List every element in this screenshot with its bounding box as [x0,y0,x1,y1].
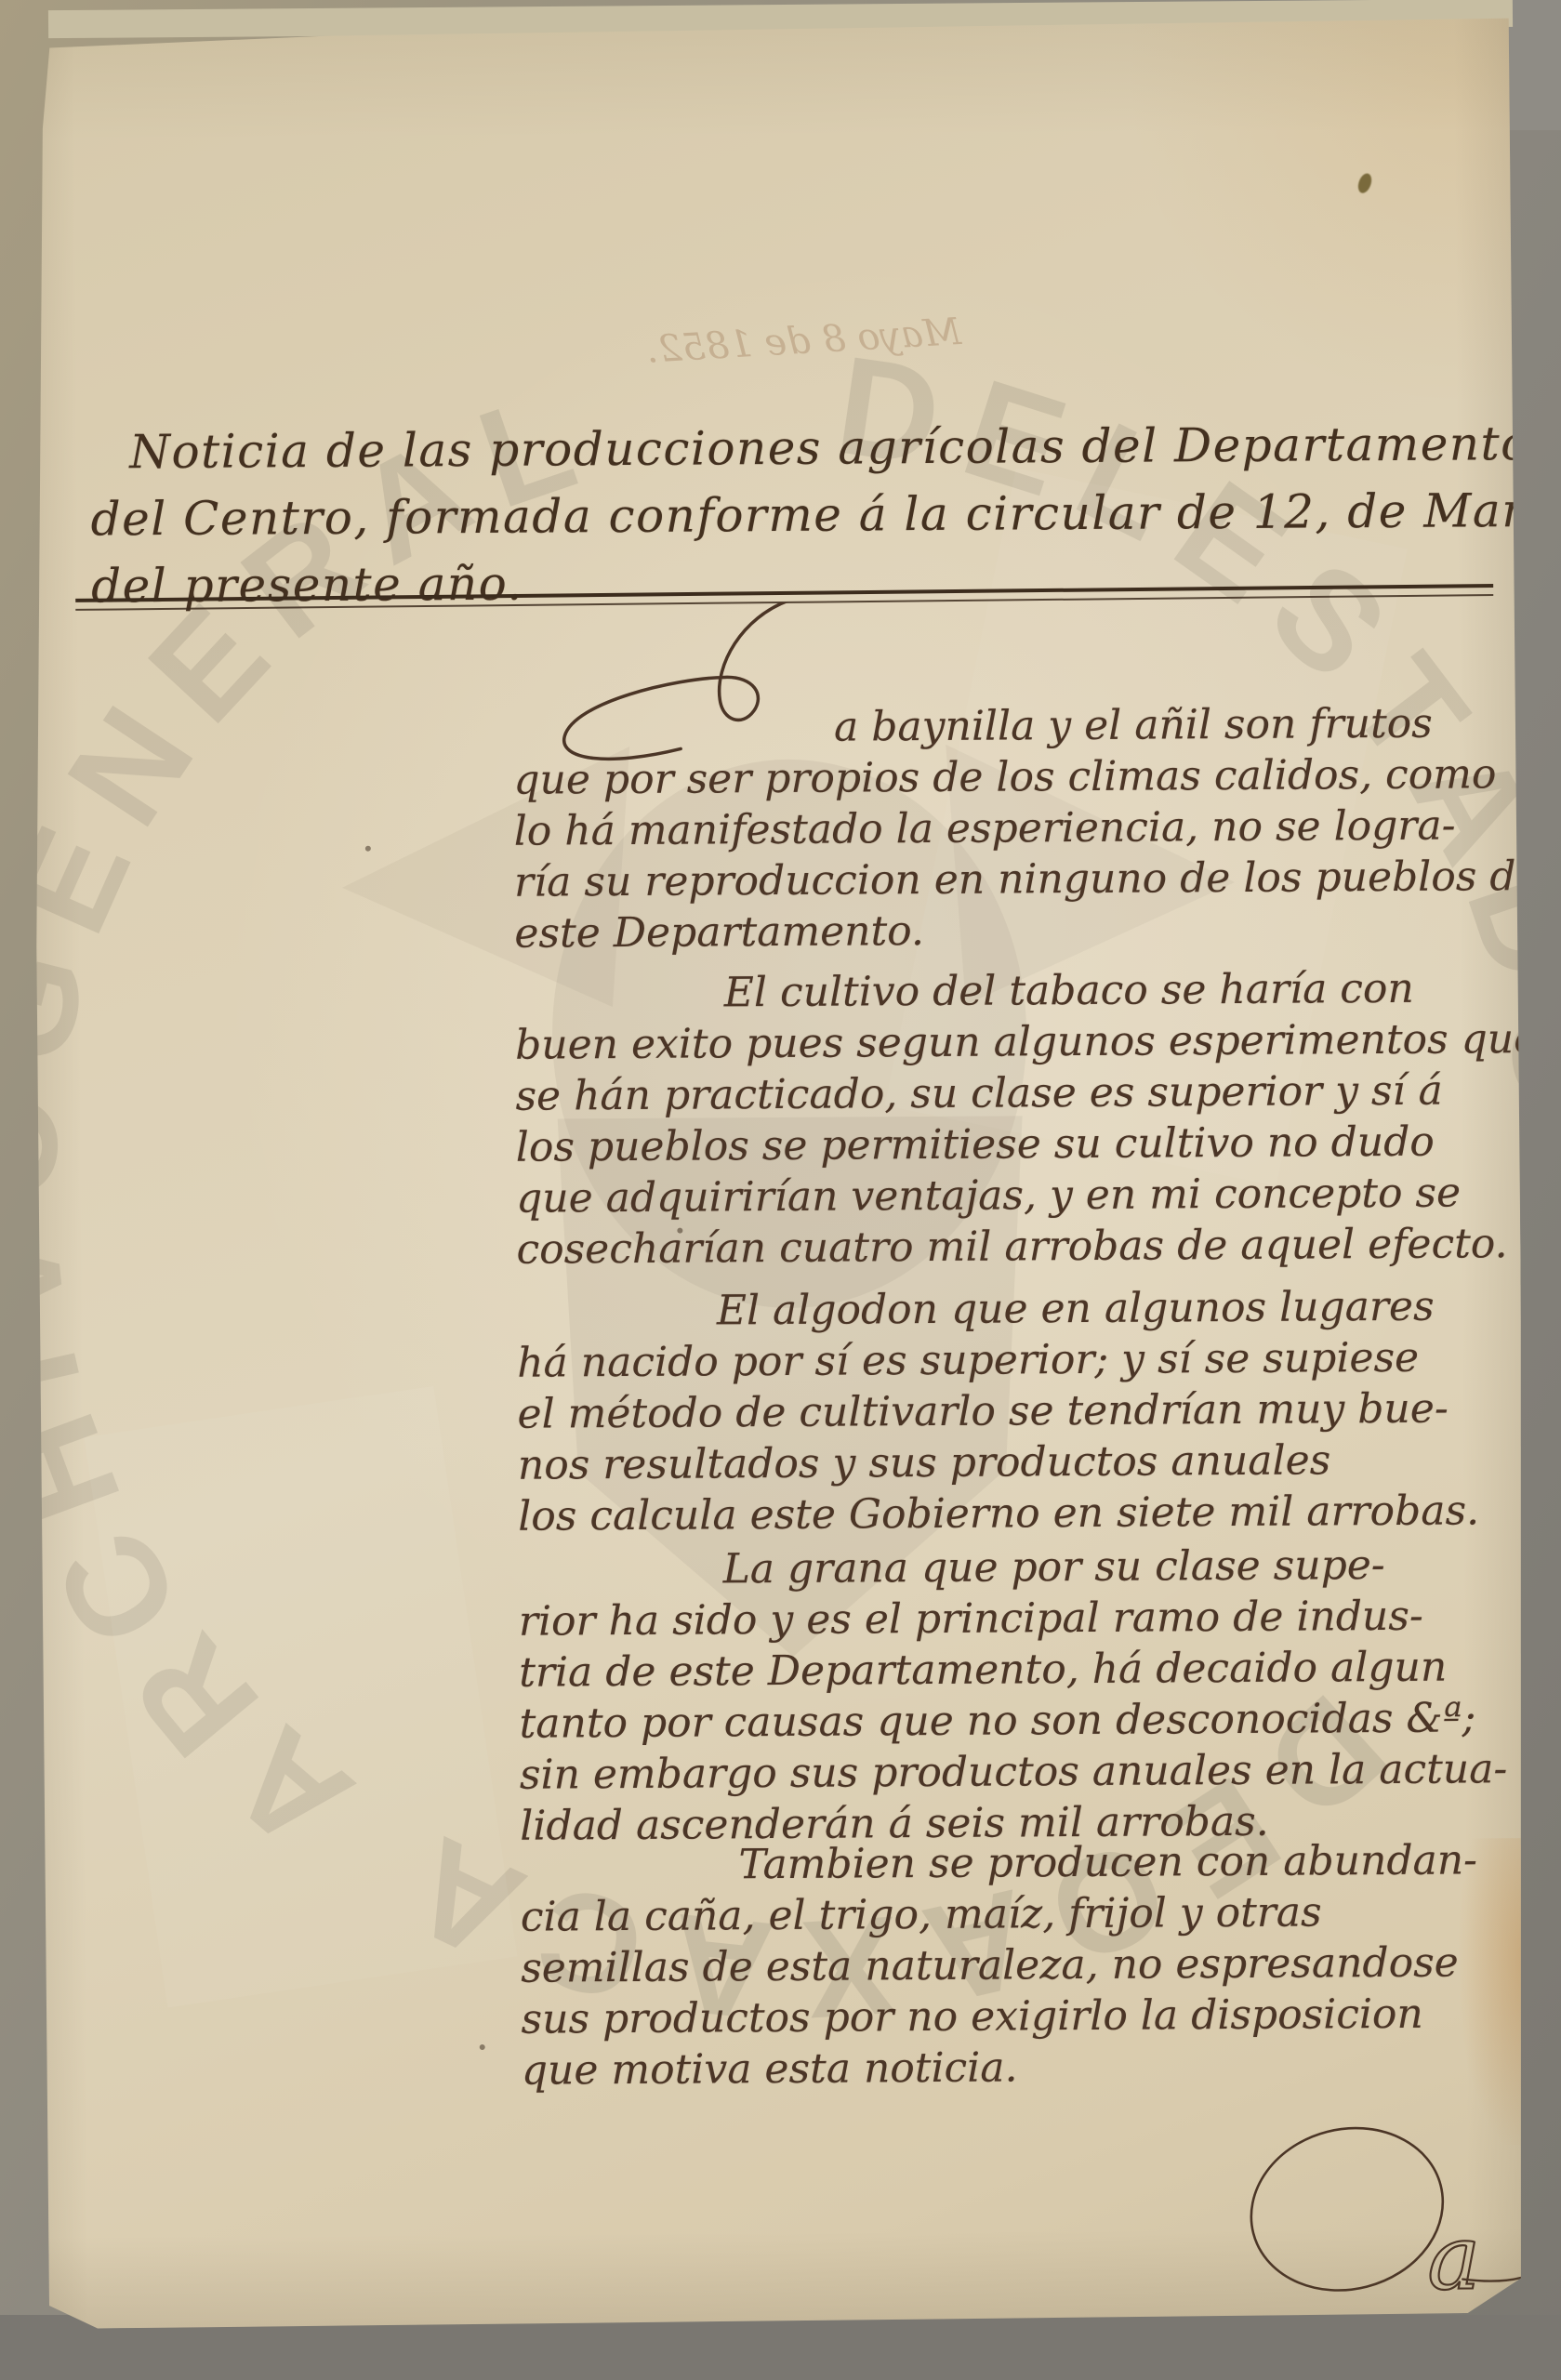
body-line: cia la caña, el trigo, maíz, frijol y ot… [521,1887,1478,1944]
paragraph-tobacco: El cultivo del tabaco se haría con buen … [515,964,1540,1277]
body-line: Tambien se producen con abundan- [520,1836,1477,1893]
manuscript-page: ARCHIVOGENERAL DELESTADO DEOAXACA Mayo 8… [30,16,1527,2329]
paragraph-cotton: El algodon que en algunos lugares há nac… [517,1282,1479,1543]
svg-text:a: a [1427,2205,1481,2309]
body-line: rior ha sido y es el principal ramo de i… [519,1592,1507,1648]
body-line: que adquirirían ventajas, y en mi concep… [516,1169,1539,1226]
photo-of-manuscript: ARCHIVOGENERAL DELESTADO DEOAXACA Mayo 8… [0,0,1561,2380]
paragraph-other-crops: Tambien se producen con abundan- cia la … [520,1836,1478,2097]
body-line: sus productos por no exigirlo la disposi… [521,1990,1478,2046]
body-line: nos resultados y sus productos anuales [518,1435,1479,1492]
body-line: lo há manifestado la esperiencia, no se … [514,801,1541,859]
body-line: tria de este Departamento, há decaido al… [519,1643,1507,1699]
body-line: cosecharían cuatro mil arrobas de aquel … [516,1220,1539,1277]
body-line: ría su reproduccion en ninguno de los pu… [514,853,1541,910]
title-line-1: Noticia de las producciones agrícolas de… [90,414,1561,490]
body-line: sin embargo sus productos anuales en la … [520,1745,1508,1802]
title-line-2: del Centro, formada conforme á la circul… [90,481,1561,557]
body-line: La grana que por su clase supe- [518,1540,1506,1597]
body-line: el método de cultivarlo se tendrían muy … [517,1384,1478,1441]
body-line: los calcula este Gobierno en siete mil a… [518,1487,1479,1543]
body-line: que por ser propios de los climas calido… [513,750,1540,808]
body-line: a baynilla y el añil son frutos [513,699,1540,757]
paper-stain [1122,16,1515,409]
body-line: buen exito pues segun algunos esperiment… [515,1015,1538,1073]
body-line: este Departamento. [514,904,1541,961]
body-line: há nacido por sí es superior; y sí se su… [517,1333,1478,1390]
body-line: El cultivo del tabaco se haría con [515,964,1538,1022]
body-line: tanto por causas que no son desconocidas… [519,1694,1507,1751]
paper-speck [365,846,371,852]
body-line: semillas de esta naturaleza, no espresan… [521,1938,1478,1995]
paper-speck [480,2044,485,2050]
body-line: que motiva esta noticia. [522,2041,1479,2097]
body-line: los pueblos se permitiese su cultivo no … [516,1117,1539,1175]
paragraph-vanilla-indigo: a baynilla y el añil son frutos que por … [513,699,1541,961]
catchword-flourish: a [1242,2115,1541,2312]
paragraph-cochineal: La grana que por su clase supe- rior ha … [518,1540,1507,1853]
body-line: se hán practicado, su clase es superior … [515,1066,1538,1124]
body-line: El algodon que en algunos lugares [517,1282,1478,1339]
